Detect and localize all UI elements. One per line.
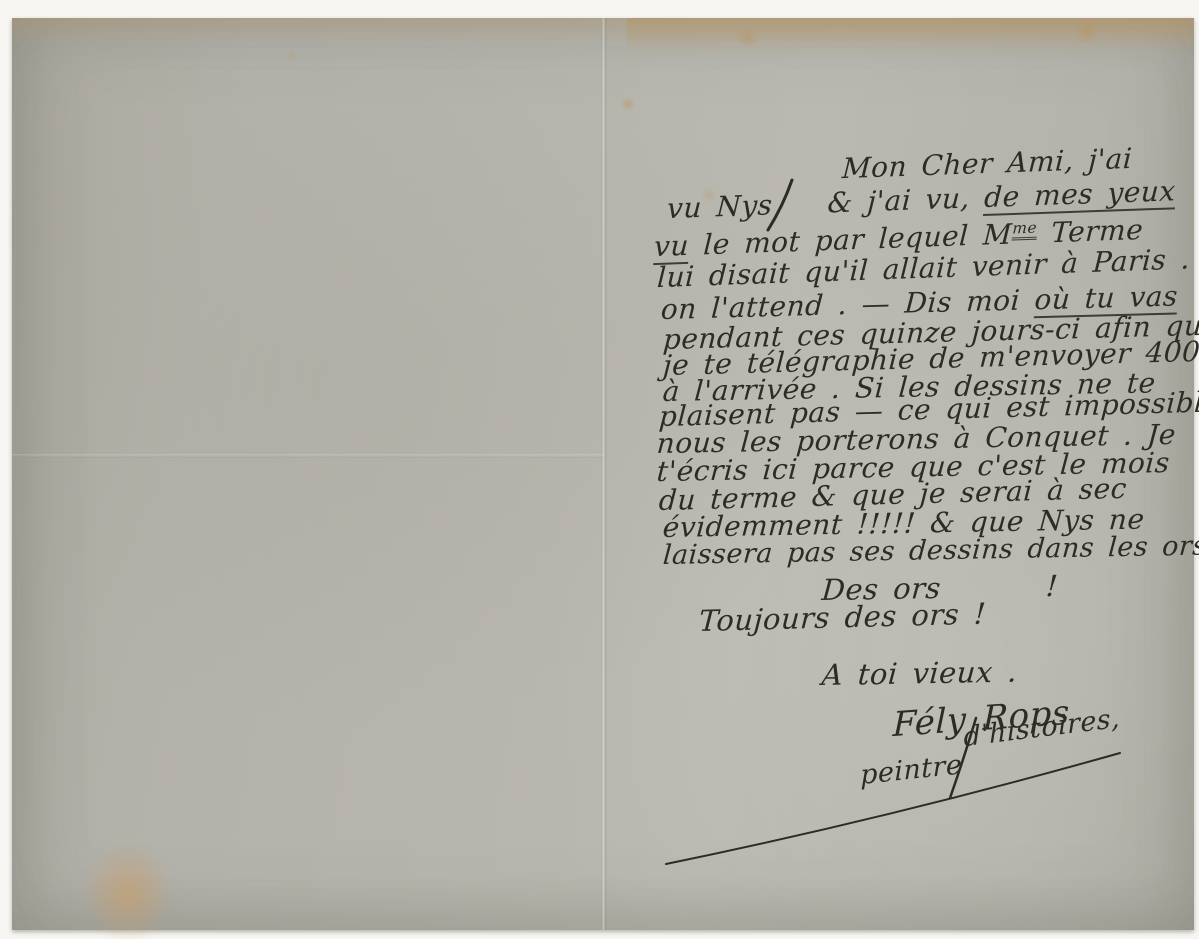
foxing-spot — [1074, 18, 1100, 44]
letter-paper: Mon Cher Ami, j'aivu Nys& j'ai vu, de me… — [12, 18, 1194, 930]
letter-line-7: je te télégraphie de m'envoyer 400 frs — [662, 334, 1199, 383]
letter-line-9: plaisent pas — ce qui est impossible !!! — [658, 384, 1199, 433]
letter-line-17: A toi vieux . — [821, 655, 1019, 692]
foxing-spot — [700, 186, 718, 204]
handwritten-text: me — [1012, 218, 1038, 240]
signature-title-part2: d'histoires, — [963, 703, 1121, 753]
underlined-handwritten-text: de mes yeux — [983, 174, 1176, 216]
letter-line-4: lui disait qu'il allait venir à Paris . — [656, 242, 1191, 294]
letter-line-8: à l'arrivée . Si les dessins ne te — [662, 366, 1157, 408]
handwritten-text: Fély Rops — [892, 693, 1070, 746]
letter-scan: Mon Cher Ami, j'aivu Nys& j'ai vu, de me… — [0, 0, 1199, 939]
foxing-top-right-band — [627, 18, 1194, 56]
handwritten-text: laissera pas ses dessins dans les ors . — [662, 530, 1199, 571]
handwritten-text: d'histoires, — [963, 703, 1121, 753]
handwritten-text: le mot par lequel M — [688, 217, 1013, 261]
foxing-spot — [737, 26, 759, 48]
letter-line-12: du terme & que je serai à sec — [658, 472, 1128, 517]
handwritten-text: à l'arrivée . Si les dessins ne te — [662, 366, 1157, 408]
handwritten-text: peintre — [860, 749, 963, 791]
letter-line-5: on l'attend . — Dis moi où tu vas — [660, 279, 1179, 326]
handwritten-text: Toujours des ors ! — [698, 596, 987, 638]
letter-line-1: Mon Cher Ami, j'ai — [841, 142, 1133, 185]
foxing-spot — [620, 96, 636, 112]
letter-line-11: t'écris ici parce que c'est le mois — [656, 446, 1171, 488]
handwritten-text: plaisent pas — ce qui est impossible !!! — [658, 384, 1199, 433]
letter-body: Mon Cher Ami, j'aivu Nys& j'ai vu, de me… — [0, 0, 1199, 939]
handwritten-text: A toi vieux . — [821, 655, 1019, 692]
handwritten-text: je te télégraphie de m'envoyer 400 frs — [662, 334, 1199, 383]
handwritten-text: du terme & que je serai à sec — [658, 472, 1128, 517]
letter-line-14: laissera pas ses dessins dans les ors . — [662, 530, 1199, 571]
letter-line-15: Des ors! — [821, 569, 1060, 607]
underlined-handwritten-text: vu — [653, 229, 690, 265]
letter-line-10: nous les porterons à Conquet . Je — [656, 418, 1177, 460]
handwritten-text: on l'attend . — Dis moi — [660, 283, 1036, 326]
signature-name: Fély Rops — [892, 693, 1070, 746]
handwritten-text: & j'ai vu, — [827, 181, 986, 220]
handwritten-text: Mon Cher Ami, j'ai — [841, 142, 1133, 185]
letter-line-6: pendant ces quinze jours-ci afin que — [662, 308, 1199, 356]
handwritten-text: nous les porterons à Conquet . Je — [656, 418, 1177, 460]
signature-title-part1: peintre — [860, 749, 963, 791]
handwritten-text: pendant ces quinze jours-ci afin que — [662, 308, 1199, 356]
letter-line-3: vu le mot par lequel Mme Terme — [653, 213, 1144, 263]
handwritten-text: ! — [1045, 569, 1060, 603]
handwritten-text: évidemment !!!!! & que Nys ne — [662, 503, 1146, 544]
letter-line-2: vu Nys& j'ai vu, de mes yeux — [666, 174, 1176, 225]
handwritten-text: t'écris ici parce que c'est le mois — [656, 446, 1171, 488]
foxing-spot — [284, 48, 298, 62]
underlined-handwritten-text: où tu vas — [1033, 279, 1178, 318]
foxing-stain-bottom-left — [80, 840, 176, 939]
horizontal-crease-line — [12, 454, 604, 458]
handwritten-text: Des ors — [821, 571, 943, 607]
letter-line-13: évidemment !!!!! & que Nys ne — [662, 503, 1146, 544]
vertical-fold-line — [601, 18, 607, 930]
handwritten-text: lui disait qu'il allait venir à Paris . — [656, 242, 1191, 294]
letter-line-16: Toujours des ors ! — [698, 596, 987, 638]
handwritten-text: vu Nys — [666, 188, 773, 225]
handwritten-text: Terme — [1036, 213, 1144, 250]
